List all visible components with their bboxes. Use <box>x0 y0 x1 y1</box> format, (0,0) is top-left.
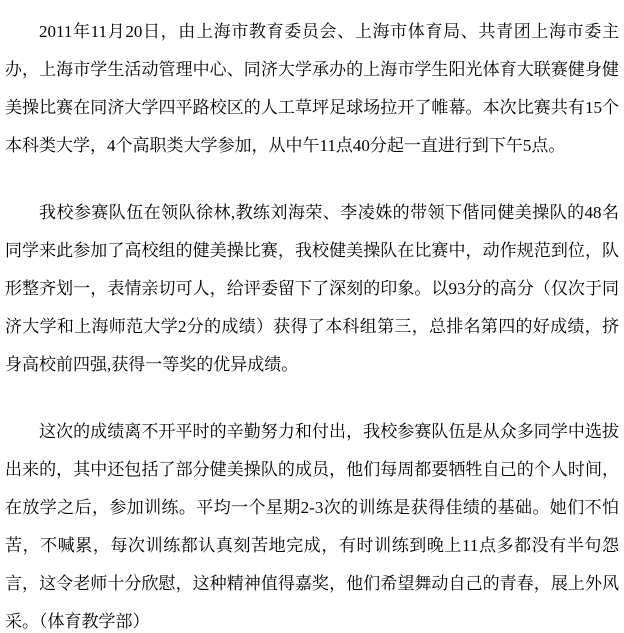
article-body: 2011年11月20日，由上海市教育委员会、上海市体育局、共青团上海市委主办，上… <box>0 0 624 633</box>
paragraph-competition-result: 我校参赛队伍在领队徐林,教练刘海荣、李凌姝的带领下偕同健美操队的48名同学来此参… <box>5 194 619 384</box>
paragraph-intro: 2011年11月20日，由上海市教育委员会、上海市体育局、共青团上海市委主办，上… <box>5 13 619 165</box>
paragraph-training-effort: 这次的成绩离不开平时的辛勤努力和付出，我校参赛队伍是从众多同学中选拔出来的，其中… <box>5 413 619 633</box>
